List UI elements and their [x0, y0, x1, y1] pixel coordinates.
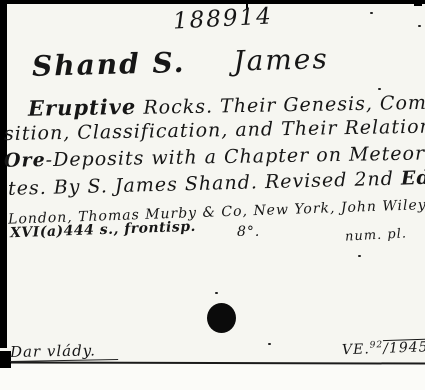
title-word-eruptive: Eruptive [28, 94, 137, 121]
scan-speck [215, 292, 218, 294]
title-line-4-text: tes. By S. James Shand. Revised 2nd [8, 168, 401, 200]
heading-gap [186, 71, 234, 72]
accession-number: 188914 [172, 3, 273, 34]
scan-speck [418, 25, 421, 27]
scan-background-strip [0, 364, 425, 390]
author-surname: Shand S. [32, 46, 186, 83]
scan-border-top [0, 0, 425, 4]
shelf-mark: VE.92/1945. [342, 338, 425, 358]
plates-note: num. pl. [345, 226, 408, 244]
scan-border-left [0, 0, 7, 348]
title-line-4: tes. By S. James Shand. Revised 2nd Edit… [8, 166, 425, 200]
shelf-mark-suffix: /1945. [383, 339, 425, 357]
scan-speck [370, 12, 373, 14]
scan-speck [268, 343, 271, 345]
catalog-card: 188914 Shand S.James Eruptive Rocks. The… [0, 0, 425, 390]
author-given-name: James [233, 42, 329, 77]
title-line-3-rest: -Deposits with a Chapter on Meteori- [45, 142, 425, 171]
shelf-mark-prefix: VE. [342, 341, 370, 358]
gift-note: Dar vlády. [10, 341, 118, 362]
title-word-ore: Ore [4, 149, 46, 172]
scan-mark [414, 0, 422, 6]
title-line-4-bold: Edit. [401, 166, 425, 189]
punch-hole [207, 303, 236, 333]
shelf-mark-superscript: 92 [370, 340, 384, 350]
format-note: 8°. [237, 224, 260, 240]
author-heading: Shand S.James [32, 42, 330, 83]
title-line-3: Ore-Deposits with a Chapter on Meteori- [4, 142, 425, 172]
scan-speck [358, 255, 361, 257]
title-line-1-rest: Rocks. Their Genesis, Compo- [136, 91, 425, 119]
